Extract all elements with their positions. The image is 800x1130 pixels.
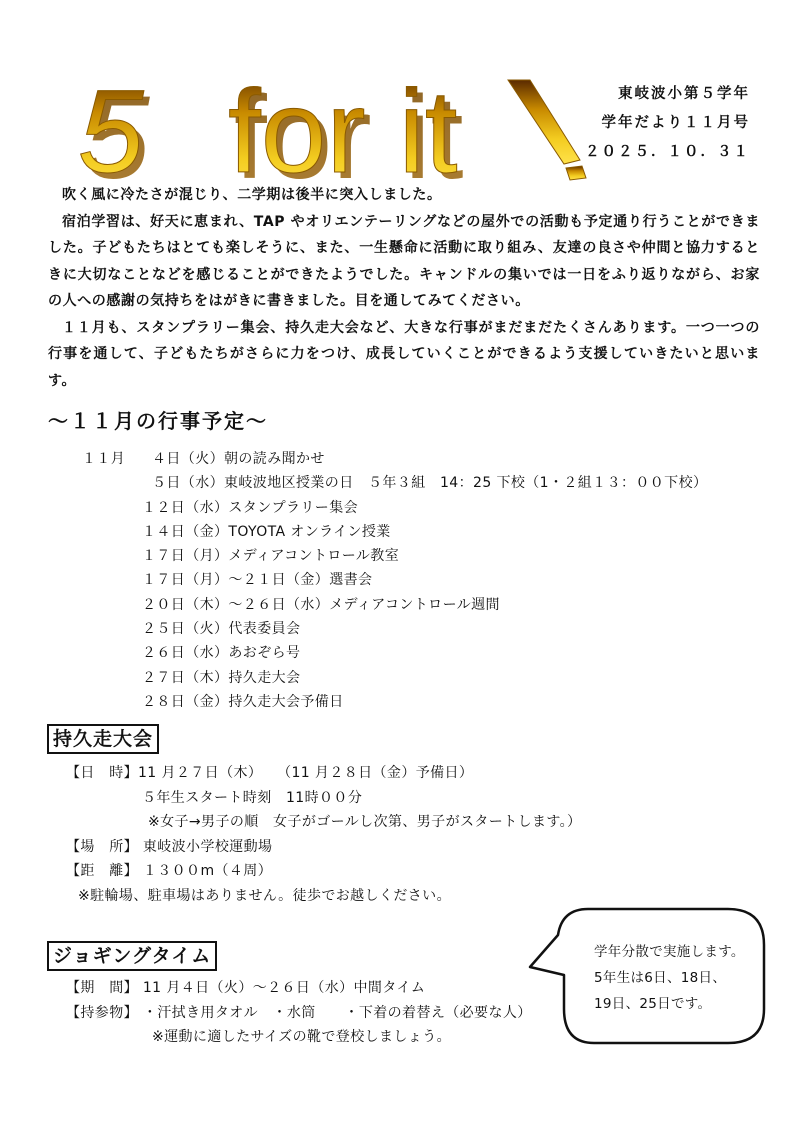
distance-label: 【距 離】 — [66, 863, 138, 879]
datetime-label: 【日 時】 — [66, 765, 138, 781]
intro-paragraph: 宿泊学習は、好天に恵まれ、TAP やオリエンテーリングなどの屋外での活動も予定通… — [48, 209, 760, 315]
event-name: 持久走大会 — [228, 670, 300, 686]
speech-bubble: 学年分散で実施します。 5年生は6日、18日、 19日、25日です。 — [528, 905, 768, 1045]
datetime-value: 11 月２７日（木） （11 月２８日（金）予備日） — [138, 765, 473, 781]
jogging-details: 【期 間】 11 月４日（火）～２６日（水）中間タイム 【持参物】 ・汗拭き用タ… — [66, 976, 532, 1050]
event-date: ２６日（水） — [142, 645, 228, 661]
newsletter-title-logo: 5 5 for it for it 5 for it! — [68, 68, 608, 188]
jogging-items-row: 【持参物】 ・汗拭き用タオル ・水筒 ・下着の着替え（必要な人） — [66, 1001, 532, 1026]
period-value: 11 月４日（火）～２６日（水）中間タイム — [143, 980, 425, 996]
event-name: スタンプラリー集会 — [228, 500, 358, 516]
svg-text:for it: for it — [228, 68, 458, 188]
intro-paragraph: 吹く風に冷たさが混じり、二学期は後半に突入しました。 — [48, 182, 760, 209]
schedule-item: ２８日（金）持久走大会予備日 — [142, 690, 707, 714]
intro-section: 吹く風に冷たさが混じり、二学期は後半に突入しました。 宿泊学習は、好天に恵まれ、… — [48, 182, 760, 394]
school-name: 東岐波小第５学年 — [585, 80, 750, 109]
shoes-note: ※運動に適したサイズの靴で登校しましょう。 — [66, 1025, 532, 1050]
schedule-item: ２６日（水）あおぞら号 — [142, 641, 707, 665]
schedule-item: １２日（水）スタンプラリー集会 — [142, 496, 707, 520]
event-date: １７日（月）～２１日（金） — [142, 572, 329, 588]
schedule-heading: ～１１月の行事予定～ — [48, 405, 268, 434]
event-name: 代表委員会 — [228, 621, 300, 637]
newsletter-issue: 学年だより１１月号 — [585, 109, 750, 138]
event-date: ５日（水） — [152, 475, 224, 491]
event-name: 朝の読み聞かせ — [224, 451, 325, 467]
intro-paragraph: １１月も、スタンプラリー集会、持久走大会など、大きな行事がまだまだたくさんありま… — [48, 315, 760, 395]
svg-text:5: 5 — [78, 68, 144, 188]
marathon-distance-row: 【距 離】 １３００m（４周） — [66, 859, 581, 884]
parking-note: ※駐輪場、駐車場はありません。徒歩でお越しください。 — [66, 884, 581, 909]
schedule-item: １７日（月）メディアコントロール教室 — [142, 544, 707, 568]
schedule-item: ２５日（火）代表委員会 — [142, 617, 707, 641]
event-name: 選書会 — [329, 572, 372, 588]
order-note: ※女子→男子の順 女子がゴールし次第、男子がスタートします。） — [66, 810, 581, 835]
place-value: 東岐波小学校運動場 — [143, 839, 273, 855]
event-name: 東岐波地区授業の日 ５年３組 14：25 下校（1・２組１３：００下校） — [224, 475, 707, 491]
event-date: ２５日（火） — [142, 621, 228, 637]
event-date: １７日（月） — [142, 548, 228, 564]
schedule-item: １７日（月）～２１日（金）選書会 — [142, 568, 707, 592]
bubble-line: 5年生は6日、18日、 — [594, 965, 745, 991]
issue-date: ２０２５．１０．３１ — [585, 138, 750, 167]
jogging-title: ジョギングタイム — [47, 941, 217, 971]
items-label: 【持参物】 — [66, 1005, 138, 1021]
bubble-line: 学年分散で実施します。 — [594, 939, 745, 965]
event-name: メディアコントロール教室 — [228, 548, 399, 564]
event-date: ２０日（木）～２６日（水） — [142, 597, 329, 613]
event-date: １２日（水） — [142, 500, 228, 516]
speech-bubble-text: 学年分散で実施します。 5年生は6日、18日、 19日、25日です。 — [594, 939, 745, 1017]
schedule-item: １４日（金）TOYOTA オンライン授業 — [142, 520, 707, 544]
place-label: 【場 所】 — [66, 839, 138, 855]
event-name: 持久走大会予備日 — [228, 694, 343, 710]
items-value: ・汗拭き用タオル ・水筒 ・下着の着替え（必要な人） — [143, 1005, 532, 1021]
event-name: あおぞら号 — [228, 645, 300, 661]
marathon-place-row: 【場 所】 東岐波小学校運動場 — [66, 835, 581, 860]
start-time: ５年生スタート時刻 11時００分 — [66, 786, 581, 811]
marathon-datetime-row: 【日 時】11 月２７日（木） （11 月２８日（金）予備日） — [66, 761, 581, 786]
event-date: １４日（金） — [142, 524, 228, 540]
schedule-item: ５日（水）東岐波地区授業の日 ５年３組 14：25 下校（1・２組１３：００下校… — [142, 471, 707, 495]
event-date: ２８日（金） — [142, 694, 228, 710]
header-info: 東岐波小第５学年 学年だより１１月号 ２０２５．１０．３１ — [585, 80, 750, 167]
schedule-month: １１月 — [82, 447, 142, 471]
period-label: 【期 間】 — [66, 980, 138, 996]
logo-graphic: 5 5 for it for it — [68, 68, 608, 188]
schedule-item: ２７日（木）持久走大会 — [142, 666, 707, 690]
marathon-details: 【日 時】11 月２７日（木） （11 月２８日（金）予備日） ５年生スタート時… — [66, 761, 581, 908]
event-name: メディアコントロール週間 — [329, 597, 500, 613]
schedule-item: ２０日（木）～２６日（水）メディアコントロール週間 — [142, 593, 707, 617]
jogging-period-row: 【期 間】 11 月４日（火）～２６日（水）中間タイム — [66, 976, 532, 1001]
distance-value: １３００m（４周） — [143, 863, 272, 879]
marathon-title: 持久走大会 — [47, 724, 159, 754]
event-date: ４日（火） — [152, 451, 224, 467]
bubble-line: 19日、25日です。 — [594, 991, 745, 1017]
schedule-item: ４日（火）朝の読み聞かせ — [142, 447, 707, 471]
event-name: TOYOTA オンライン授業 — [228, 524, 390, 540]
event-date: ２７日（木） — [142, 670, 228, 686]
